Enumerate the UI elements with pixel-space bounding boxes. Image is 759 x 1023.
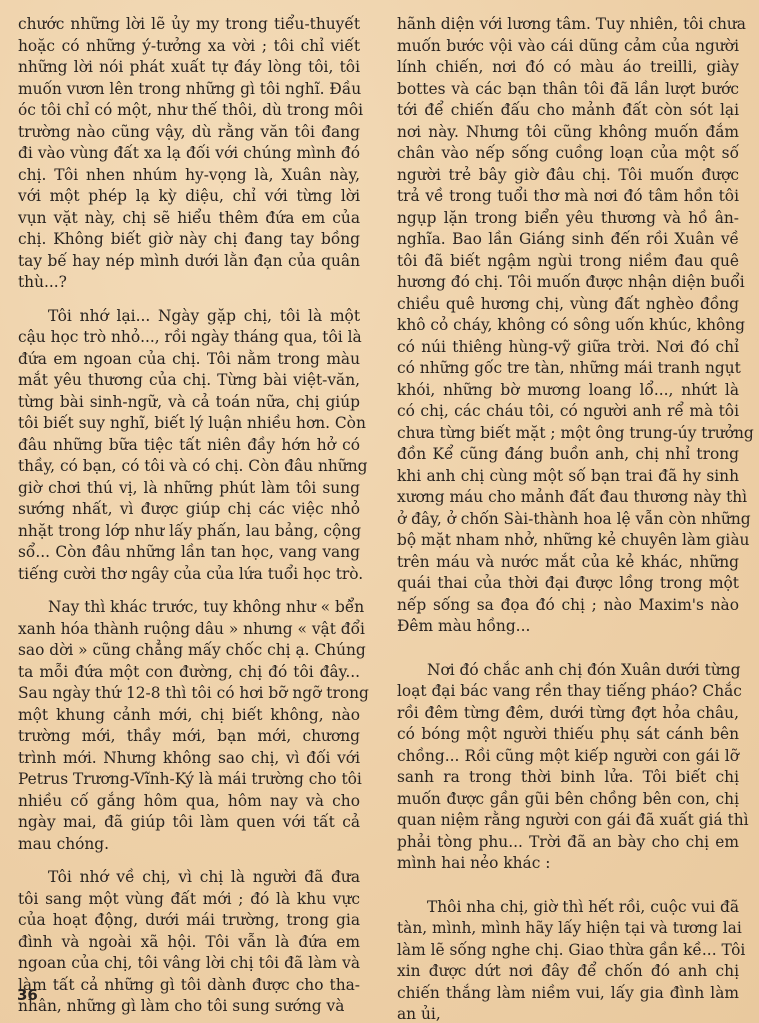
text-line: thầy, có bạn, có tôi và có chị. Còn đâu …: [18, 456, 360, 478]
text-line: loạt đại bác vang rền thay tiếng pháo? C…: [397, 681, 739, 703]
text-line: xin được dứt nơi đây để chốn đó anh chị: [397, 961, 739, 983]
text-line: vụn vặt này, chị sẽ hiểu thêm đứa em của: [18, 208, 360, 230]
text-line: Tôi nhớ về chị, vì chị là người đã đưa: [18, 867, 360, 889]
text-line: Petrus Trương-Vĩnh-Ký là mái trường cho …: [18, 769, 360, 791]
text-line: trên máu và nước mắt của kẻ khác, những: [397, 552, 739, 574]
text-line: người trẻ bây giờ đâu chị. Tôi muốn được: [397, 165, 739, 187]
text-line: mau chóng.: [18, 834, 360, 856]
left-text-column: chước những lời lẽ ủy my trong tiểu-thuy…: [18, 14, 360, 1018]
text-line: bottes và các bạn thân tôi đã lần lượt b…: [397, 79, 739, 101]
text-line: đâu những bữa tiệc tất niên đầy hớn hở c…: [18, 435, 360, 457]
text-line: chiều quê hương chị, vùng đất nghèo đồng: [397, 294, 739, 316]
text-line: sao dời » cũng chẳng mấy chốc chị ạ. Chú…: [18, 640, 360, 662]
text-line: trường mới, thầy mới, bạn mới, chương: [18, 726, 360, 748]
text-line: có núi thiêng hùng-vỹ giữa trời. Nơi đó …: [397, 337, 739, 359]
text-line: nhặt trong lớp như lấy phấn, lau bảng, c…: [18, 521, 360, 543]
text-line: muốn vươn lên trong những gì tôi nghĩ. Đ…: [18, 79, 360, 101]
text-line: phải tòng phu... Trời đã an bày cho chị …: [397, 832, 739, 854]
paragraph: Tôi nhớ lại... Ngày gặp chị, tôi là mộtc…: [18, 306, 360, 586]
text-line: Sau ngày thứ 12-8 thì tôi có hơi bỡ ngỡ …: [18, 683, 360, 705]
text-line: những lời nói phát xuất tự đáy lòng tôi,…: [18, 57, 360, 79]
text-line: Đêm màu hồng...: [397, 616, 739, 638]
text-line: hương đó chị. Tôi muốn được nhận diện bu…: [397, 272, 739, 294]
text-line: nhiều cố gắng hôm qua, hôm nay và cho: [18, 791, 360, 813]
text-line: an ủi,: [397, 1004, 739, 1023]
text-line: nếp sống sa đọa đó chị ; nào Maxim's nào: [397, 595, 739, 617]
text-line: muốn bước vội vào cái dũng cảm của người: [397, 36, 739, 58]
text-line: tay bế hay nép mình dưới lằn đạn của quâ…: [18, 251, 360, 273]
text-line: quái thai của thời đại được lồng trong m…: [397, 573, 739, 595]
text-line: một khung cảnh mới, chị biết không, nào: [18, 705, 360, 727]
paragraph: Nơi đó chắc anh chị đón Xuân dưới từnglo…: [397, 660, 739, 875]
text-line: có chị, các cháu tôi, có người anh rể mà…: [397, 401, 739, 423]
text-line: nơi này. Nhưng tôi cũng không muốn đắm: [397, 122, 739, 144]
text-line: chị. Tôi nhen nhúm hy-vọng là, Xuân này,: [18, 165, 360, 187]
text-line: ta mỗi đứa một con đường, chị đó tôi đây…: [18, 662, 360, 684]
paragraph: Thôi nha chị, giờ thì hết rồi, cuộc vui …: [397, 897, 739, 1023]
text-line: đình và ngoài xã hội. Tôi vẫn là đứa em: [18, 932, 360, 954]
text-line: chước những lời lẽ ủy my trong tiểu-thuy…: [18, 14, 360, 36]
text-line: đứa em ngoan của chị. Tôi nằm trong màu: [18, 349, 360, 371]
text-line: tôi đã biết ngậm ngùi trong niềm đau quê: [397, 251, 739, 273]
text-line: mình hai nẻo khác :: [397, 853, 739, 875]
text-line: Tôi nhớ lại... Ngày gặp chị, tôi là một: [18, 306, 360, 328]
text-line: óc tôi chỉ có một, như thế thôi, dù tron…: [18, 100, 360, 122]
text-line: có bóng một người thiếu phụ sát cánh bên: [397, 724, 739, 746]
text-line: giờ chơi thú vị, là những phút làm tôi s…: [18, 478, 360, 500]
paragraph: Nay thì khác trước, tuy không như « bể̀n…: [18, 597, 360, 855]
text-line: Thôi nha chị, giờ thì hết rồi, cuộc vui …: [397, 897, 739, 919]
text-line: của hoạt động, dưới mái trường, trong gi…: [18, 910, 360, 932]
text-line: ngụp lặn trong biển yêu thương và hồ ân-: [397, 208, 739, 230]
text-line: sổ... Còn đâu những lần tan học, vang va…: [18, 542, 360, 564]
text-line: muốn được gần gũi bên chồng bên con, chị: [397, 789, 739, 811]
text-line: chưa từng biết mặt ; một ông trung-úy tr…: [397, 423, 739, 445]
paragraph: hãnh diện với lương tâm. Tuy nhiên, tôi …: [397, 14, 739, 638]
text-line: sanh ra trong thời binh lửa. Tôi biết ch…: [397, 767, 739, 789]
text-line: xanh hóa thành ruộng dâu » nhưng « vật đ…: [18, 619, 360, 641]
text-line: đồn Kể cũng đáng buồn anh, chị nhỉ trong: [397, 444, 739, 466]
paragraph: chước những lời lẽ ủy my trong tiểu-thuy…: [18, 14, 360, 294]
text-line: sướng nhất, vì được giúp chị các việc nh…: [18, 499, 360, 521]
text-line: Nơi đó chắc anh chị đón Xuân dưới từng: [397, 660, 739, 682]
right-text-column: hãnh diện với lương tâm. Tuy nhiên, tôi …: [397, 14, 739, 1023]
text-line: chân vào nếp sống cuồng loạn của một số: [397, 143, 739, 165]
text-line: khói, những bờ mương loang lổ..., nhứt l…: [397, 380, 739, 402]
text-line: ngoan của chị, tôi vâng lời chị tôi đã l…: [18, 953, 360, 975]
text-line: bộ mặt nham nhở, những kẻ chuyên làm già…: [397, 530, 739, 552]
text-line: khi anh chị cùng một số bạn trai đã hy s…: [397, 466, 739, 488]
text-line: có những gốc tre tàn, những mái tranh ng…: [397, 358, 739, 380]
text-line: tôi sang một vùng đất mới ; đó là khu vự…: [18, 889, 360, 911]
text-line: nghĩa. Bao lần Giáng sinh đến rồi Xuân v…: [397, 229, 739, 251]
text-line: với một phép lạ kỳ diệu, chỉ với từng lờ…: [18, 186, 360, 208]
text-line: từng bài sinh-ngữ, và cả toán nữa, chị g…: [18, 392, 360, 414]
text-line: trả về trong tuổi thơ mà nơi đó tâm hồn …: [397, 186, 739, 208]
text-line: làm lẽ sống nghe chị. Giao thừa gần kề..…: [397, 940, 739, 962]
text-line: trường nào cũng vậy, dù rằng văn tôi đan…: [18, 122, 360, 144]
text-line: tàn, mình, mình hãy lấy hiện tại và tươn…: [397, 918, 739, 940]
text-line: làm tất cả những gì tôi dành được cho th…: [18, 975, 360, 997]
text-line: chồng... Rồi cũng một kiếp người con gái…: [397, 746, 739, 768]
text-line: khô cỏ cháy, không có sông uốn khúc, khô…: [397, 315, 739, 337]
text-line: hãnh diện với lương tâm. Tuy nhiên, tôi …: [397, 14, 739, 36]
text-line: trình mới. Nhưng không sao chị, vì đối v…: [18, 748, 360, 770]
text-line: chiến thắng làm niềm vui, lấy gia đình l…: [397, 983, 739, 1005]
text-line: nhân, những gì làm cho tôi sung sướng và: [18, 996, 360, 1018]
magazine-page: chước những lời lẽ ủy my trong tiểu-thuy…: [0, 0, 759, 1023]
text-line: chị. Không biết giờ này chị đang tay bồn…: [18, 229, 360, 251]
text-line: Nay thì khác trước, tuy không như « bể̀n: [18, 597, 360, 619]
paragraph: Tôi nhớ về chị, vì chị là người đã đưatô…: [18, 867, 360, 1018]
text-line: đi vào vùng đất xa lạ đối với chúng mình…: [18, 143, 360, 165]
text-line: ở đây, ở chốn Sài-thành hoa lệ vẫn còn n…: [397, 509, 739, 531]
text-line: thù...?: [18, 272, 360, 294]
text-line: cậu học trò nhỏ..., rồi ngày tháng qua, …: [18, 327, 360, 349]
text-line: xương máu cho mảnh đất đau thương này th…: [397, 487, 739, 509]
text-line: tiếng cười thơ ngây của của lứa tuổi học…: [18, 564, 360, 586]
page-number: 36: [17, 986, 38, 1004]
text-line: tới để chiến đấu cho mảnh đất còn sót lạ…: [397, 100, 739, 122]
text-line: lính chiến, nơi đó có màu áo treilli, gi…: [397, 57, 739, 79]
text-line: rồi đêm từng đêm, dưới từng đợt hỏa châu…: [397, 703, 739, 725]
text-line: ngày mai, đã giúp tôi làm quen với tất c…: [18, 812, 360, 834]
text-line: quan niệm rằng người con gái đã xuất giá…: [397, 810, 739, 832]
text-line: mắt yêu thương của chị. Từng bài việt-vă…: [18, 370, 360, 392]
text-line: hoặc có những ý-tưởng xa vời ; tôi chỉ v…: [18, 36, 360, 58]
text-line: tôi biết suy nghĩ, biết lý luận nhiều hơ…: [18, 413, 360, 435]
